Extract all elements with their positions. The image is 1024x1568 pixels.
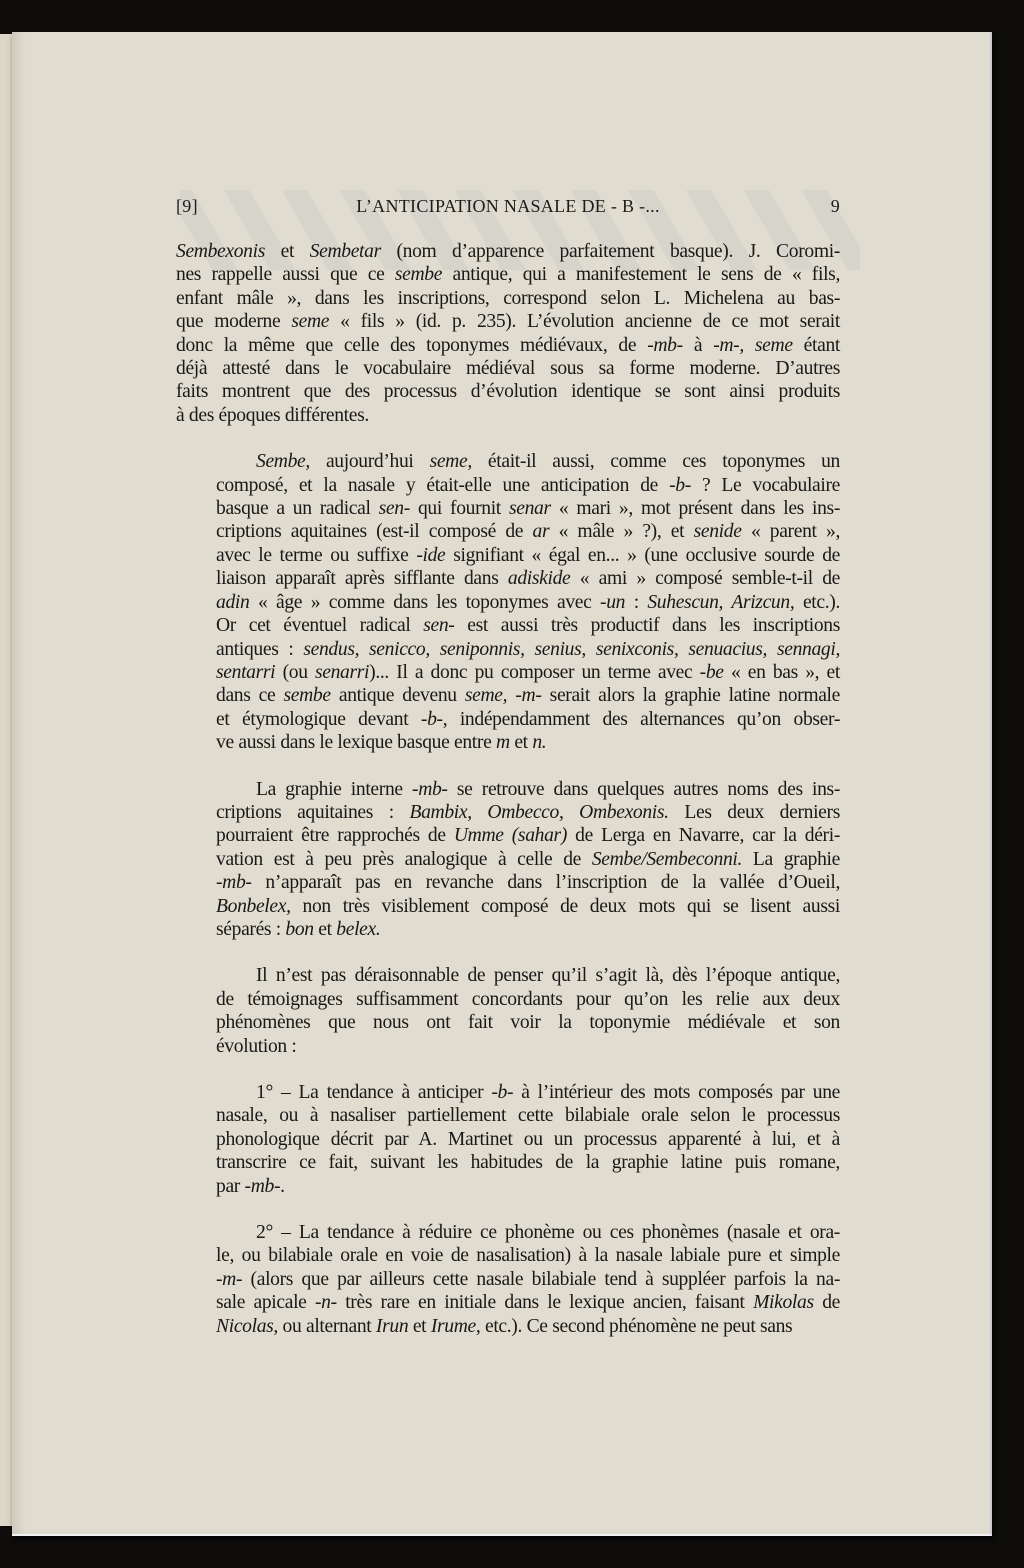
text-line: à des époques différentes. [176, 404, 840, 427]
text-run: phonologique décrit par A. Martinet ou u… [216, 1129, 840, 1150]
text-run: est aussi très productif dans les inscri… [454, 615, 840, 636]
text-run: et [408, 1316, 431, 1337]
text-run: (alors que par ailleurs cette nasale bil… [242, 1269, 840, 1290]
text-line: évolution : [176, 1035, 840, 1058]
italic-term: m [496, 732, 510, 753]
italic-term: -mb- [245, 1176, 281, 1197]
text-line: Or cet éventuel radical sen- est aussi t… [176, 614, 840, 637]
text-run: séparés : [216, 919, 285, 940]
text-line: dans ce sembe antique devenu seme, -m- s… [176, 684, 840, 707]
text-run: « en bas », et [724, 662, 840, 683]
text-run: à [683, 335, 713, 356]
text-run: basque a un radical [216, 498, 379, 519]
text-run: nasale, ou à nasaliser partiellement cet… [216, 1105, 840, 1126]
text-line: Sembexonis et Sembetar (nom d’apparence … [176, 240, 840, 263]
text-run: 1° – La tendance à anticiper [256, 1082, 491, 1103]
italic-term: adin [216, 592, 249, 613]
body-text: Sembexonis et Sembetar (nom d’apparence … [176, 240, 840, 1361]
italic-term: senarri [315, 662, 369, 683]
paragraph: Il n’est pas déraisonnable de penser qu’… [176, 964, 840, 1058]
text-run: Il n’est pas déraisonnable de penser qu’… [256, 965, 840, 986]
italic-term: Nicolas, [216, 1316, 278, 1337]
text-line: phénomènes que nous ont fait voir la top… [176, 1011, 840, 1034]
text-run: sale apicale [216, 1292, 315, 1313]
italic-term: Bambix, Ombecco, Ombexonis. [409, 802, 668, 823]
text-line: La graphie interne -mb- se retrouve dans… [176, 778, 840, 801]
italic-term: senar [509, 498, 551, 519]
italic-term: Mikolas [753, 1292, 814, 1313]
text-line: criptions aquitaines (est-il composé de … [176, 520, 840, 543]
paragraph: Sembexonis et Sembetar (nom d’apparence … [176, 240, 840, 427]
text-run: de Lerga en Navarre, car la déri- [567, 825, 840, 846]
italic-term: Umme (sahar) [454, 825, 567, 846]
text-line: criptions aquitaines : Bambix, Ombecco, … [176, 801, 840, 824]
text-run: phénomènes que nous ont fait voir la top… [216, 1012, 840, 1033]
text-line: sale apicale -n- très rare en initiale d… [176, 1291, 840, 1314]
text-line: déjà attesté dans le vocabulaire médiéva… [176, 357, 840, 380]
italic-term: -m- [216, 1269, 242, 1290]
italic-term: Suhescun, Arizcun, [647, 592, 794, 613]
text-run: enfant mâle », dans les inscriptions, co… [176, 288, 840, 309]
italic-term: adiskide [508, 568, 571, 589]
text-run: et [314, 919, 337, 940]
italic-term: -b- [421, 709, 443, 730]
text-run: très rare en initiale dans le lexique an… [337, 1292, 753, 1313]
text-run: criptions aquitaines : [216, 802, 409, 823]
text-run: par [216, 1176, 245, 1197]
italic-term: sen- [379, 498, 410, 519]
text-run: que moderne [176, 311, 291, 332]
text-line: que moderne seme « fils » (id. p. 235). … [176, 310, 840, 333]
italic-term: -be [700, 662, 724, 683]
italic-term: Bonbelex, [216, 896, 291, 917]
text-line: séparés : bon et belex. [176, 918, 840, 941]
text-line: -mb- n’apparaît pas en revanche dans l’i… [176, 871, 840, 894]
text-run: criptions aquitaines (est-il composé de [216, 521, 533, 542]
text-run: etc.). [794, 592, 840, 613]
text-run: évolution : [216, 1036, 297, 1057]
text-run: : [625, 592, 647, 613]
italic-term: -b- [491, 1082, 513, 1103]
italic-term: Irume [431, 1316, 476, 1337]
paragraph: La graphie interne -mb- se retrouve dans… [176, 778, 840, 942]
running-head: [9] L’ANTICIPATION NASALE DE - B -... 9 [176, 196, 840, 220]
text-line: Bonbelex, non très visiblement composé d… [176, 895, 840, 918]
running-title: L’ANTICIPATION NASALE DE - B -... [176, 196, 840, 217]
text-run: , etc.). Ce second phénomène ne peut san… [476, 1316, 792, 1337]
text-run: et [510, 732, 533, 753]
italic-term: -ide [416, 545, 445, 566]
text-line: phonologique décrit par A. Martinet ou u… [176, 1128, 840, 1151]
italic-term: sentarri [216, 662, 275, 683]
text-run: pourraient être rapprochés de [216, 825, 454, 846]
text-run: (ou [275, 662, 315, 683]
text-line: antiques : sendus, senicco, seniponnis, … [176, 638, 840, 661]
text-line: Sembe, aujourd’hui seme, était-il aussi,… [176, 450, 840, 473]
italic-term: -n- [315, 1292, 337, 1313]
text-line: adin « âge » comme dans les toponymes av… [176, 591, 840, 614]
text-run: étant [793, 335, 840, 356]
text-run: « âge » comme dans les toponymes avec [249, 592, 600, 613]
text-run: La graphie [742, 849, 840, 870]
italic-term: -mb- [412, 779, 448, 800]
text-line: transcrire ce fait, suivant les habitude… [176, 1151, 840, 1174]
italic-term: ar [533, 521, 550, 542]
text-line: le, ou bilabiale orale en voie de nasali… [176, 1244, 840, 1267]
text-run: vation est à peu près analogique à celle… [216, 849, 592, 870]
text-line: -m- (alors que par ailleurs cette nasale… [176, 1268, 840, 1291]
text-run: de témoignages suffisamment concordants … [216, 989, 840, 1010]
text-run: à des époques différentes. [176, 405, 369, 426]
text-run: La graphie interne [256, 779, 412, 800]
text-line: et étymologique devant -b-, indépendamme… [176, 708, 840, 731]
text-run: liaison apparaît après sifflante dans [216, 568, 508, 589]
page-number: 9 [831, 196, 840, 217]
text-run: « parent », [742, 521, 840, 542]
text-run: 2° – La tendance à réduire ce phonème ou… [256, 1222, 840, 1243]
text-run: et [265, 241, 310, 262]
paragraph: 1° – La tendance à anticiper -b- à l’int… [176, 1081, 840, 1198]
text-run: antique, qui a manifestement le sens de … [442, 264, 840, 285]
text-run: aujourd’hui [310, 451, 430, 472]
text-run: Or cet éventuel radical [216, 615, 423, 636]
italic-term: -mb- [647, 335, 683, 356]
italic-term: senide [694, 521, 742, 542]
text-run: , indépendamment des alternances qu’on o… [443, 709, 840, 730]
text-run: Les deux derniers [669, 802, 840, 823]
text-run: ve aussi dans le lexique basque entre [216, 732, 496, 753]
text-run: et étymologique devant [216, 709, 421, 730]
text-line: vation est à peu près analogique à celle… [176, 848, 840, 871]
text-run: « fils » (id. p. 235). L’évolution ancie… [329, 311, 840, 332]
text-run: (nom d’apparence parfaitement basque). J… [381, 241, 840, 262]
text-run: se retrouve dans quelques autres noms de… [448, 779, 840, 800]
italic-term: Sembexonis [176, 241, 265, 262]
text-run: ou alternant [278, 1316, 376, 1337]
text-run: non très visiblement composé de deux mot… [291, 896, 840, 917]
text-run: déjà attesté dans le vocabulaire médiéva… [176, 358, 840, 379]
text-run: était-il aussi, comme ces toponymes un [472, 451, 840, 472]
text-run: )... Il a donc pu composer un terme avec [369, 662, 700, 683]
text-run: le, ou bilabiale orale en voie de nasali… [216, 1245, 840, 1266]
text-line: nasale, ou à nasaliser partiellement cet… [176, 1104, 840, 1127]
text-run: « mâle » ?), et [549, 521, 693, 542]
text-line: basque a un radical sen- qui fournit sen… [176, 497, 840, 520]
text-run: « ami » composé semble-t-il de [570, 568, 840, 589]
italic-term: Sembe, [256, 451, 310, 472]
text-line: Il n’est pas déraisonnable de penser qu’… [176, 964, 840, 987]
text-line: ve aussi dans le lexique basque entre m … [176, 731, 840, 754]
text-line: faits montrent que des processus d’évolu… [176, 380, 840, 403]
text-run: qui fournit [410, 498, 509, 519]
italic-term: bon [285, 919, 313, 940]
text-run: signifiant « égal en... » (une occlusive… [445, 545, 840, 566]
italic-term: -mb- [216, 872, 252, 893]
italic-term: belex. [336, 919, 380, 940]
text-line: enfant mâle », dans les inscriptions, co… [176, 287, 840, 310]
text-line: de témoignages suffisamment concordants … [176, 988, 840, 1011]
italic-term: Irun [376, 1316, 408, 1337]
italic-term: -un [600, 592, 625, 613]
text-run: ? Le vocabulaire [691, 475, 840, 496]
text-line: avec le terme ou suffixe -ide signifiant… [176, 544, 840, 567]
italic-term: sen- [423, 615, 454, 636]
text-run: transcrire ce fait, suivant les habitude… [216, 1152, 840, 1173]
text-run: avec le terme ou suffixe [216, 545, 416, 566]
text-run: dans ce [216, 685, 284, 706]
text-line: sentarri (ou senarri)... Il a donc pu co… [176, 661, 840, 684]
italic-term: sembe [284, 685, 331, 706]
text-line: par -mb-. [176, 1175, 840, 1198]
text-run: donc la même que celle des toponymes méd… [176, 335, 647, 356]
page-gutter [12, 32, 26, 1534]
text-run: . [280, 1176, 285, 1197]
text-run: antiques : [216, 639, 303, 660]
paragraph: 2° – La tendance à réduire ce phonème ou… [176, 1221, 840, 1338]
text-run: faits montrent que des processus d’évolu… [176, 381, 840, 402]
text-line: Nicolas, ou alternant Irun et Irume, etc… [176, 1315, 840, 1338]
italic-term: seme, [430, 451, 472, 472]
text-line: composé, et la nasale y était-elle une a… [176, 474, 840, 497]
italic-term: -m-, seme [713, 335, 792, 356]
italic-term: seme, -m- [465, 685, 542, 706]
text-run: « mari », mot présent dans les ins- [551, 498, 840, 519]
paragraph: Sembe, aujourd’hui seme, était-il aussi,… [176, 450, 840, 754]
text-line: donc la même que celle des toponymes méd… [176, 334, 840, 357]
italic-term: n. [532, 732, 546, 753]
text-run: n’apparaît pas en revanche dans l’inscri… [252, 872, 840, 893]
text-run: à l’intérieur des mots composés par une [513, 1082, 840, 1103]
italic-term: Sembe/Sembeconni. [592, 849, 742, 870]
text-run: nes rappelle aussi que ce [176, 264, 395, 285]
text-run: serait alors la graphie latine normale [542, 685, 840, 706]
italic-term: -b- [669, 475, 691, 496]
text-run: antique devenu [331, 685, 465, 706]
text-run: composé, et la nasale y était-elle une a… [216, 475, 669, 496]
text-line: pourraient être rapprochés de Umme (saha… [176, 824, 840, 847]
italic-term: seme [291, 311, 329, 332]
text-run: de [814, 1292, 840, 1313]
italic-term: sembe [395, 264, 442, 285]
italic-term: Sembetar [310, 241, 381, 262]
text-line: 1° – La tendance à anticiper -b- à l’int… [176, 1081, 840, 1104]
text-line: nes rappelle aussi que ce sembe antique,… [176, 263, 840, 286]
text-line: liaison apparaît après sifflante dans ad… [176, 567, 840, 590]
text-line: 2° – La tendance à réduire ce phonème ou… [176, 1221, 840, 1244]
italic-term: sendus, senicco, seniponnis, senius, sen… [303, 639, 840, 660]
